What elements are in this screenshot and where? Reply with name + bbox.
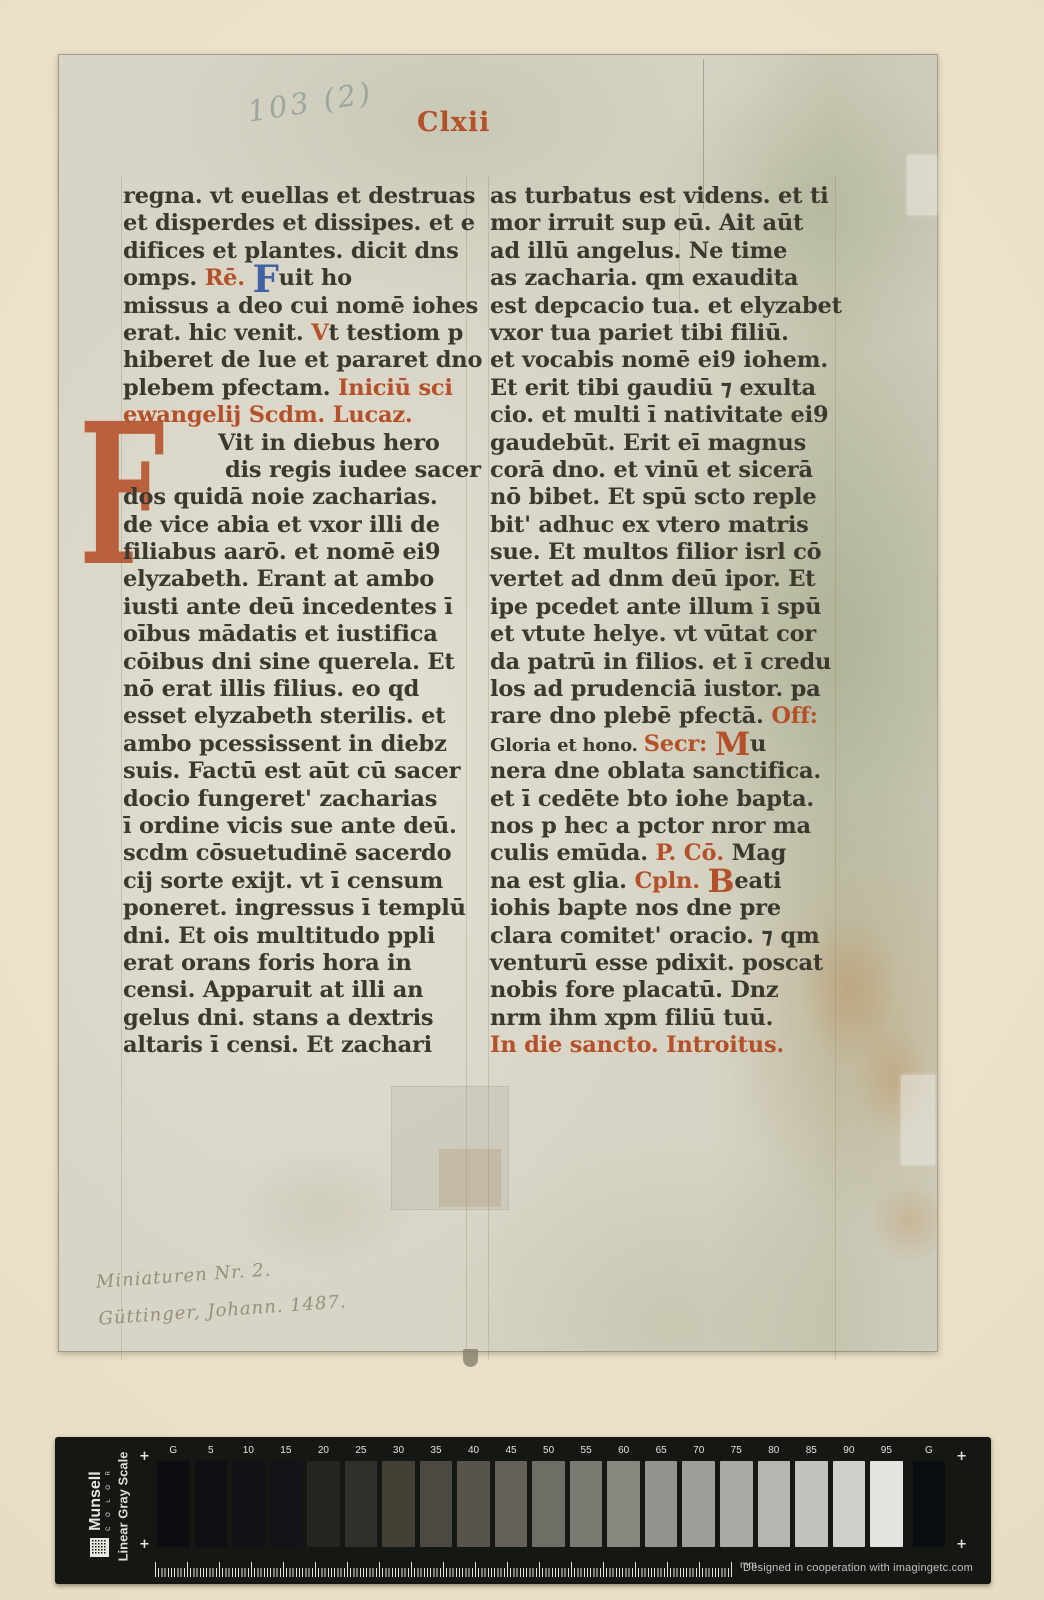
gray-patch-swatch [420,1461,453,1547]
gray-patch-label: 35 [420,1445,453,1461]
gray-patch-swatch [720,1461,753,1547]
gray-patch: 75 [720,1445,753,1547]
gray-scale-label: Linear Gray Scale [116,1427,131,1587]
registration-plus-mark: + [956,1449,967,1464]
manuscript-text-line: docio fungeret' zacharias [123,786,475,813]
gray-patch-swatch [345,1461,378,1547]
gray-patch-label: 30 [382,1445,415,1461]
manuscript-text-line: los ad prudenciā iustor. pa [490,676,842,703]
manuscript-text-line: scdm cōsuetudinē sacerdo [123,840,475,867]
manuscript-text-line: Gloria et hono. Secr: Mu [490,731,842,758]
manuscript-text-line: oībus mādatis et iustifica [123,621,475,648]
manuscript-text-line: ambo pcessissent in diebz [123,731,475,758]
gray-patch-label: 80 [758,1445,791,1461]
gray-patch-swatch [795,1461,828,1547]
manuscript-text-line: clara comitet' oracio. ⁊ qm [490,923,842,950]
gray-patch: 40 [457,1445,490,1547]
gray-patch: 15 [270,1445,303,1547]
manuscript-text-line: missus a deo cui nomē iohes [123,293,475,320]
manuscript-text-line: as turbatus est videns. et ti [490,183,842,210]
ruling-line [121,175,122,1360]
gray-patch-row: G5101520253035404550556065707580859095G [157,1445,945,1547]
gray-patch-label: 65 [645,1445,678,1461]
gray-patch: 30 [382,1445,415,1547]
ruler-major-ticks [155,1562,733,1577]
text-column-left: regna. vt euellas et destruaset disperde… [123,183,475,1060]
gray-patch-swatch [833,1461,866,1547]
manuscript-text-line: altaris ī censi. Et zachari [123,1032,475,1059]
credit-text: Designed in cooperation with imagingetc.… [743,1562,973,1574]
manuscript-text-line: nos p hec a pctor nror ma [490,813,842,840]
manuscript-text-line: mor irruit sup eū. Ait aūt [490,210,842,237]
manuscript-text-line: culis emūda. P. Cō. Mag [490,840,842,867]
gray-patch-label: 10 [232,1445,265,1461]
gray-patch: 60 [607,1445,640,1547]
manuscript-text-line: gelus dni. stans a dextris [123,1005,475,1032]
gray-patch: 50 [532,1445,565,1547]
manuscript-text-line: ī ordine vicis sue ante deū. [123,813,475,840]
manuscript-text-line: nobis fore placatū. Dnz [490,977,842,1004]
manuscript-text-line: censi. Apparuit at illi an [123,977,475,1004]
registration-plus-mark: + [139,1449,150,1464]
gray-patch-label: 70 [682,1445,715,1461]
gray-patch: 5 [195,1445,228,1547]
gray-patch: G [913,1445,946,1547]
manuscript-text-line: et ī cedēte bto iohe bapta. [490,786,842,813]
gray-patch: 80 [758,1445,791,1547]
text-column-right: as turbatus est videns. et timor irruit … [490,183,842,1060]
manuscript-text-line: gaudebūt. Erit eī magnus [490,430,842,457]
manuscript-text-line: dos quidā noie zacharias. [123,484,475,511]
gray-patch-label: 85 [795,1445,828,1461]
folio-number: Clxii [417,107,490,138]
manuscript-text-line: bit' adhuc ex vtero matris [490,512,842,539]
manuscript-text-line: est depcacio tua. et elyzabet [490,293,842,320]
manuscript-text-line: et vocabis nomē ei9 iohem. [490,347,842,374]
manuscript-text-line: dis regis iudee sacer [123,457,475,484]
manuscript-text-line: esset elyzabeth sterilis. et [123,703,475,730]
manuscript-text-line: ewangelij Scdm. Lucaz. [123,402,475,429]
gray-patch-label: G [913,1445,946,1461]
manuscript-text-line: iohis bapte nos dne pre [490,895,842,922]
manuscript-text-line: In die sancto. Introitus. [490,1032,842,1059]
gray-patch: 55 [570,1445,603,1547]
gray-patch-swatch [157,1461,190,1547]
gray-patch: 90 [833,1445,866,1547]
gray-patch-swatch [495,1461,528,1547]
manuscript-text-line: cōibus dni sine querela. Et [123,649,475,676]
manuscript-text-line: nō bibet. Et spū scto reple [490,484,842,511]
gray-patch: 65 [645,1445,678,1547]
registration-plus-mark: + [139,1537,150,1552]
manuscript-text-line: iusti ante deū incedentes ī [123,594,475,621]
gray-patch-swatch [307,1461,340,1547]
manuscript-text-line: suis. Factū est aūt cū sacer [123,758,475,785]
gray-patch-label: G [157,1445,190,1461]
gray-patch-swatch [232,1461,265,1547]
manuscript-text-line: da patrū in filios. et ī credu [490,649,842,676]
manuscript-text-line: ad illū angelus. Ne time [490,238,842,265]
manuscript-page: 103 (2) Clxii Miniaturen Nr. 2. Güttinge… [58,54,938,1352]
curator-note: Miniaturen Nr. 2. Güttinger, Johann. 148… [95,1246,348,1337]
gray-patch: 45 [495,1445,528,1547]
gray-patch-swatch [645,1461,678,1547]
manuscript-text-line: Et erit tibi gaudiū ⁊ exulta [490,375,842,402]
tape-repair [907,155,937,215]
munsell-brand-sub: C O L O R [106,1467,112,1531]
manuscript-text-line: dni. Et ois multitudo ppli [123,923,475,950]
gray-patch-label: 75 [720,1445,753,1461]
munsell-gray-scale-bar: Munsell C O L O R Linear Gray Scale + + … [55,1437,991,1584]
manuscript-text-line: na est glia. Cpln. Beati [490,868,842,895]
manuscript-text-line: hiberet de lue et pararet dno [123,347,475,374]
manuscript-text-line: Vit in diebus hero [123,430,475,457]
manuscript-text-line: ipe pcedet ante illum ī spū [490,594,842,621]
gray-patch-swatch [382,1461,415,1547]
manuscript-text-line: erat orans foris hora in [123,950,475,977]
manuscript-text-line: cio. et multi ī nativitate ei9 [490,402,842,429]
gray-patch-label: 90 [833,1445,866,1461]
gray-patch-label: 45 [495,1445,528,1461]
manuscript-text-line: sue. Et multos filior isrl cō [490,539,842,566]
gray-patch: 95 [870,1445,903,1547]
gray-patch-swatch [607,1461,640,1547]
manuscript-text-line: elyzabeth. Erant at ambo [123,566,475,593]
gray-patch-label: 50 [532,1445,565,1461]
gray-patch-swatch [270,1461,303,1547]
manuscript-text-line: rare dno plebē pfectā. Off: [490,703,842,730]
gray-patch-swatch [682,1461,715,1547]
gray-patch-label: 25 [345,1445,378,1461]
manuscript-text-line: de vice abia et vxor illi de [123,512,475,539]
manuscript-text-line: et vtute helye. vt vūtat cor [490,621,842,648]
manuscript-text-line: omps. Rē. Fuit ho [123,265,475,292]
gray-patch-swatch [570,1461,603,1547]
gray-patch: 85 [795,1445,828,1547]
manuscript-text-line: corā dno. et vinū et sicerā [490,457,842,484]
tape-repair [901,1075,935,1165]
manuscript-text-line: regna. vt euellas et destruas [123,183,475,210]
pencil-shelfmark: 103 (2) [245,75,375,128]
gray-patch: 35 [420,1445,453,1547]
gray-patch-label: 20 [307,1445,340,1461]
gray-patch-label: 60 [607,1445,640,1461]
gray-patch-swatch [195,1461,228,1547]
gray-patch: G [157,1445,190,1547]
gray-patch-swatch [913,1461,946,1547]
gray-patch: 10 [232,1445,265,1547]
manuscript-text-line: venturū esse pdixit. poscat [490,950,842,977]
gray-patch-label: 5 [195,1445,228,1461]
manuscript-text-line: poneret. ingressus ī templū [123,895,475,922]
gray-patch-swatch [457,1461,490,1547]
manuscript-text-line: difices et plantes. dicit dns [123,238,475,265]
gray-patch-label: 95 [870,1445,903,1461]
gray-patch: 20 [307,1445,340,1547]
mm-ruler: mm [155,1561,733,1577]
manuscript-text-line: nera dne oblata sanctifica. [490,758,842,785]
manuscript-text-line: nrm ihm xpm filiū tuū. [490,1005,842,1032]
gray-patch: 25 [345,1445,378,1547]
munsell-brand: Munsell C O L O R [86,1432,112,1592]
manuscript-text-line: et disperdes et dissipes. et e [123,210,475,237]
show-through-square-inner [439,1149,501,1207]
collection-stamp [463,1349,478,1367]
registration-plus-mark: + [956,1537,967,1552]
manuscript-text-line: vxor tua pariet tibi filiū. [490,320,842,347]
munsell-logo-icon [90,1538,109,1557]
munsell-brand-name: Munsell [87,1467,105,1531]
gray-patch-swatch [758,1461,791,1547]
manuscript-text-line: vertet ad dnm deū ipor. Et [490,566,842,593]
manuscript-text-line: cij sorte exijt. vt ī censum [123,868,475,895]
manuscript-text-line: erat. hic venit. Vt testiom p [123,320,475,347]
gray-patch-swatch [870,1461,903,1547]
manuscript-text-line: nō erat illis filius. eo qd [123,676,475,703]
gray-patch: 70 [682,1445,715,1547]
manuscript-text-line: plebem pfectam. Iniciū sci [123,375,475,402]
manuscript-text-line: as zacharia. qm exaudita [490,265,842,292]
gray-patch-swatch [532,1461,565,1547]
gray-patch-label: 40 [457,1445,490,1461]
manuscript-text-line: filiabus aarō. et nomē ei9 [123,539,475,566]
gray-patch-label: 55 [570,1445,603,1461]
gray-patch-label: 15 [270,1445,303,1461]
